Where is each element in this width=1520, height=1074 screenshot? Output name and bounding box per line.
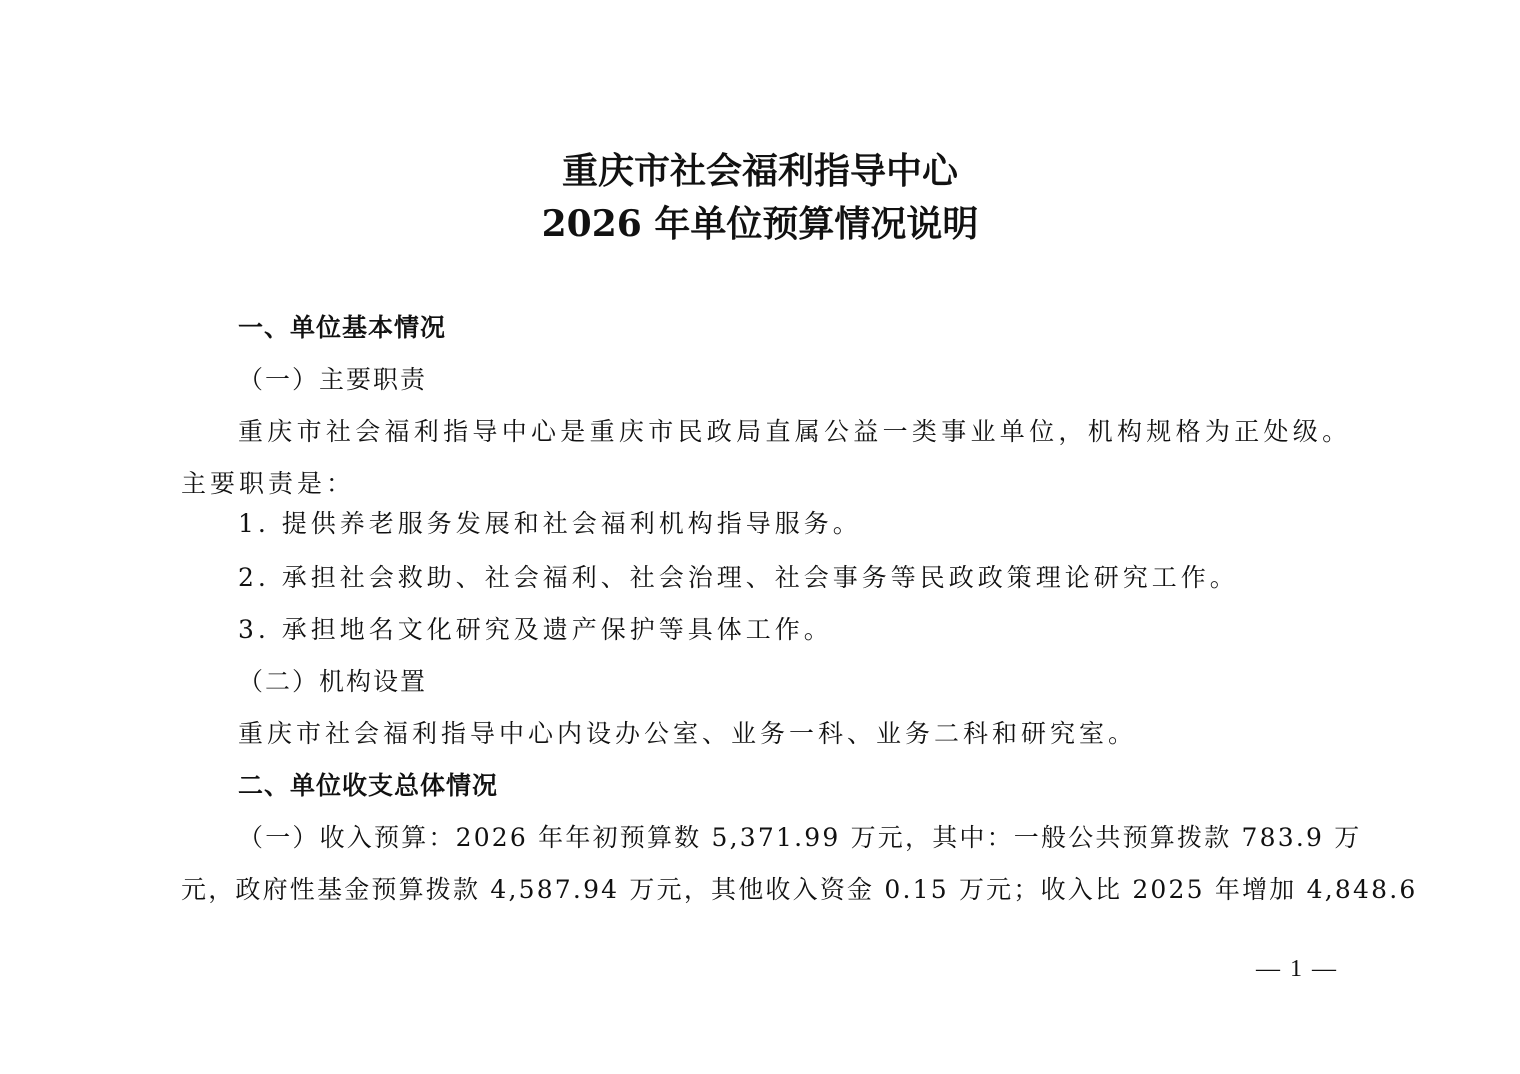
duty-item-1: 1. 提供养老服务发展和社会福利机构指导服务。 xyxy=(238,508,862,540)
paragraph-duties-intro-cont: 主要职责是： xyxy=(181,468,355,500)
document-page: 重庆市社会福利指导中心 2026 年单位预算情况说明 一、单位基本情况 （一）主… xyxy=(0,0,1520,1074)
subsection-heading-duties: （一）主要职责 xyxy=(238,364,427,396)
section-heading-income-expense: 二、单位收支总体情况 xyxy=(238,770,498,802)
subsection-heading-organization: （二）机构设置 xyxy=(238,666,427,698)
paragraph-duties-intro: 重庆市社会福利指导中心是重庆市民政局直属公益一类事业单位，机构规格为正处级。 xyxy=(238,416,1351,448)
paragraph-income-budget: （一）收入预算：2026 年年初预算数 5,371.99 万元，其中：一般公共预… xyxy=(238,822,1361,854)
paragraph-income-budget-cont: 元，政府性基金预算拨款 4,587.94 万元，其他收入资金 0.15 万元；收… xyxy=(181,874,1417,906)
document-title-line1: 重庆市社会福利指导中心 xyxy=(0,143,1520,194)
duty-item-3: 3. 承担地名文化研究及遗产保护等具体工作。 xyxy=(238,614,833,646)
document-title-line2: 2026 年单位预算情况说明 xyxy=(0,196,1520,247)
paragraph-organization: 重庆市社会福利指导中心内设办公室、业务一科、业务二科和研究室。 xyxy=(238,718,1137,750)
section-heading-basic-info: 一、单位基本情况 xyxy=(238,312,446,344)
page-number: — 1 — xyxy=(1256,956,1338,983)
duty-item-2: 2. 承担社会救助、社会福利、社会治理、社会事务等民政政策理论研究工作。 xyxy=(238,562,1239,594)
